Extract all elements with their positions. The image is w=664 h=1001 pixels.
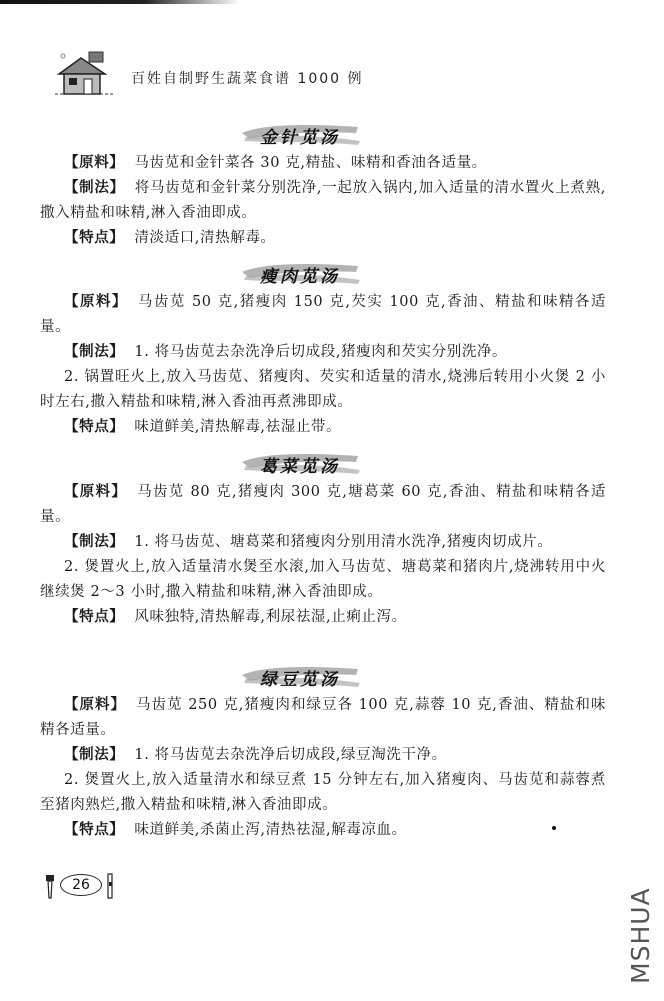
page-number: 26 bbox=[60, 874, 102, 896]
house-icon bbox=[55, 50, 117, 96]
features-paragraph: 【特点】风味独特,清热解毒,利尿祛湿,止痢止泻。 bbox=[40, 605, 620, 630]
top-edge-shadow bbox=[0, 0, 240, 4]
method-paragraph: 【制法】1. 将马齿苋去杂洗净后切成段,猪瘦肉和芡实分别洗净。 bbox=[40, 340, 620, 365]
method-step: 2. 锅置旺火上,放入马齿苋、猪瘦肉、芡实和适量的清水,烧沸后转用小火煲 2 小… bbox=[40, 365, 620, 415]
recipe-section: 葛菜苋汤 【原料】马齿苋 80 克,猪瘦肉 300 克,塘葛菜 60 克,香油、… bbox=[40, 446, 620, 630]
method-step: 2. 煲置火上,放入适量清水煲至水滚,加入马齿苋、塘葛菜和猪肉片,烧沸转用中火继… bbox=[40, 555, 620, 605]
recipe-title: 绿豆苋汤 bbox=[40, 665, 560, 690]
method-step: 2. 煲置火上,放入适量清水和绿豆煮 15 分钟左右,加入猪瘦肉、马齿苋和蒜蓉煮… bbox=[40, 768, 620, 818]
method-paragraph: 【制法】1. 将马齿苋、塘葛菜和猪瘦肉分别用清水洗净,猪瘦肉切成片。 bbox=[40, 530, 620, 555]
recipe-heading: 葛菜苋汤 bbox=[40, 446, 620, 480]
method-paragraph: 【制法】1. 将马齿苋去杂洗净后切成段,绿豆淘洗干净。 bbox=[40, 743, 620, 768]
recipe-title: 瘦肉苋汤 bbox=[40, 262, 560, 287]
recipe-heading: 金针苋汤 bbox=[40, 117, 620, 151]
print-speck bbox=[552, 826, 556, 830]
recipe-section: 绿豆苋汤 【原料】马齿苋 250 克,猪瘦肉和绿豆各 100 克,蒜蓉 10 克… bbox=[40, 659, 620, 843]
ingredients-paragraph: 【原料】马齿苋 50 克,猪瘦肉 150 克,芡实 100 克,香油、精盐和味精… bbox=[40, 290, 620, 340]
features-paragraph: 【特点】味道鲜美,杀菌止泻,清热祛湿,解毒凉血。 bbox=[40, 818, 620, 843]
recipe-heading: 绿豆苋汤 bbox=[40, 659, 620, 693]
ingredients-paragraph: 【原料】马齿苋 250 克,猪瘦肉和绿豆各 100 克,蒜蓉 10 克,香油、精… bbox=[40, 693, 620, 743]
recipe-section: 瘦肉苋汤 【原料】马齿苋 50 克,猪瘦肉 150 克,芡实 100 克,香油、… bbox=[40, 256, 620, 440]
ingredients-paragraph: 【原料】马齿苋和金针菜各 30 克,精盐、味精和香油各适量。 bbox=[40, 151, 620, 176]
page-footer: 26 bbox=[46, 872, 116, 902]
recipe-title: 金针苋汤 bbox=[40, 123, 560, 148]
recipe-heading: 瘦肉苋汤 bbox=[40, 256, 620, 290]
recipe-title: 葛菜苋汤 bbox=[40, 452, 560, 477]
watermark: MSHUA bbox=[626, 887, 655, 984]
method-paragraph: 【制法】将马齿苋和金针菜分别洗净,一起放入锅内,加入适量的清水置火上煮熟,撒入精… bbox=[40, 176, 620, 226]
running-header: 百姓自制野生蔬菜食谱 1000 例 bbox=[55, 48, 364, 96]
recipe-section: 金针苋汤 【原料】马齿苋和金针菜各 30 克,精盐、味精和香油各适量。 【制法】… bbox=[40, 117, 620, 251]
book-title: 百姓自制野生蔬菜食谱 1000 例 bbox=[131, 68, 364, 88]
features-paragraph: 【特点】味道鲜美,清热解毒,祛湿止带。 bbox=[40, 415, 620, 440]
ingredients-paragraph: 【原料】马齿苋 80 克,猪瘦肉 300 克,塘葛菜 60 克,香油、精盐和味精… bbox=[40, 480, 620, 530]
features-paragraph: 【特点】清淡适口,清热解毒。 bbox=[40, 226, 620, 251]
